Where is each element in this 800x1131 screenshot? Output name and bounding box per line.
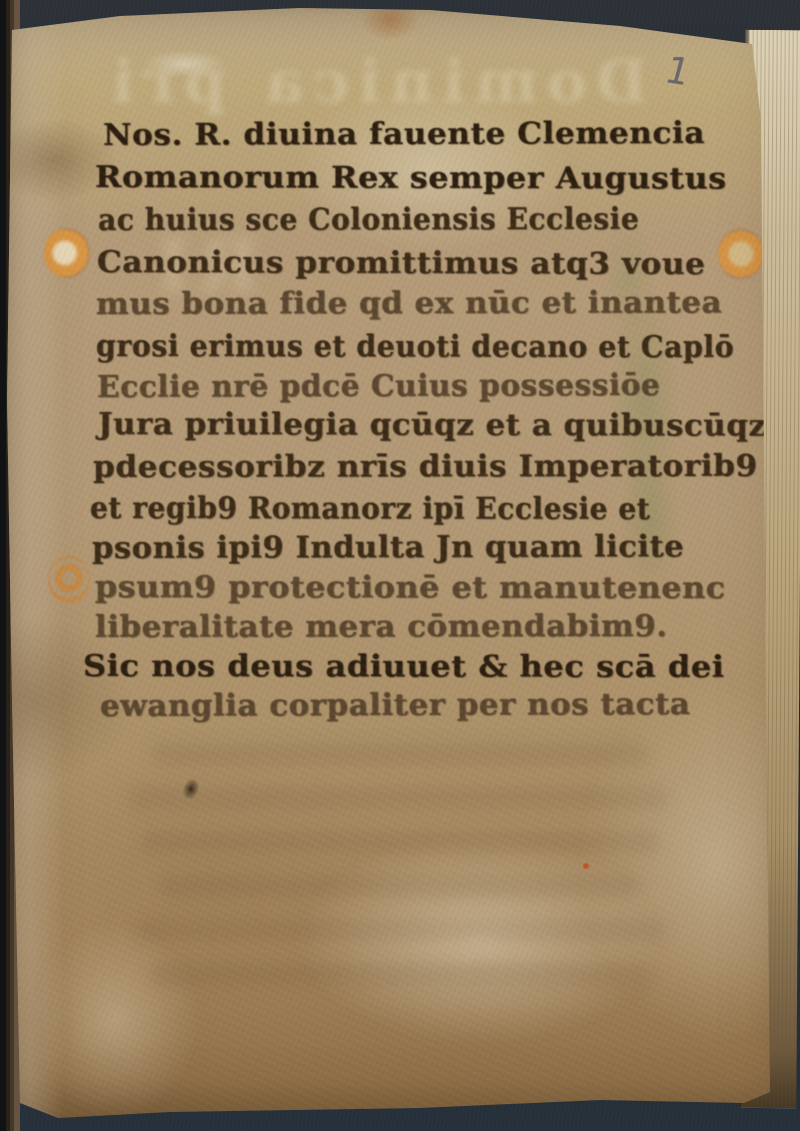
manuscript-line: Nos. R. diuina fauente Clemencia <box>103 116 705 153</box>
showthrough-line <box>140 830 660 854</box>
manuscript-line: et regib9 Romanorz ipī Ecclesie et <box>90 491 650 527</box>
manuscript-line: psum9 protectionē et manutenenc <box>95 570 726 606</box>
showthrough-line <box>150 962 650 986</box>
manuscript-line: ewanglia corpaliter per nos tacta <box>100 687 690 724</box>
wax-stain-left-upper <box>44 228 90 278</box>
manuscript-photo: Dominica pri RI 1 Nos. R. diuina fauente… <box>0 0 800 1131</box>
showthrough-line <box>128 786 668 810</box>
manuscript-line: ac huius sce Coloniensis Ecclesie <box>98 202 639 238</box>
manuscript-line: Ecclie nrē pdcē Cuius possessiōe <box>97 368 660 405</box>
manuscript-line: Romanorum Rex semper Augustus <box>95 160 727 197</box>
manuscript-line: grosi erimus et deuoti decano et Caplō <box>96 329 734 365</box>
wax-stain-right <box>718 228 764 280</box>
manuscript-line: psonis ipi9 Indulta Jn quam licite <box>92 529 684 566</box>
manuscript-line: Jura priuilegia qcūqz et a quibuscūqz <box>98 407 767 444</box>
red-speck <box>583 863 589 869</box>
manuscript-line: pdecessoribz nrīs diuis Imperatorib9 <box>93 449 758 485</box>
manuscript-line: Canonicus promittimus atq3 voue <box>97 245 706 282</box>
manuscript-line: liberalitate mera cōmendabim9. <box>95 609 668 645</box>
wax-stain-left-lower <box>48 556 90 604</box>
showthrough-line <box>135 918 665 942</box>
manuscript-page: Dominica pri RI 1 Nos. R. diuina fauente… <box>0 0 800 1131</box>
manuscript-line: Sic nos deus adiuuet & hec scā dei <box>83 649 725 685</box>
showthrough-line <box>150 742 650 766</box>
manuscript-line: mus bona fide qd ex nūc et inantea <box>96 285 722 322</box>
showthrough-line <box>160 874 640 898</box>
